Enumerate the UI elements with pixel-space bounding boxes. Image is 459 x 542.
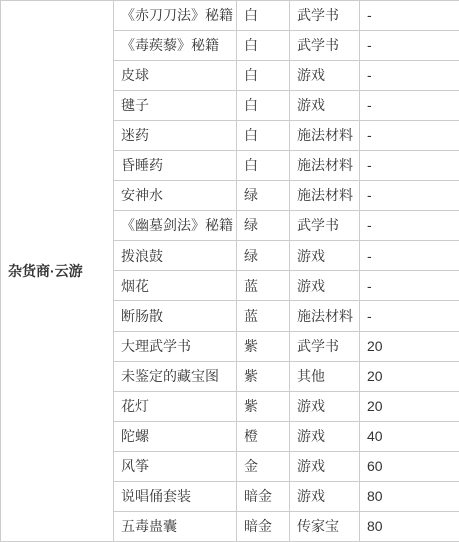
item-value-cell: - [360,121,459,151]
item-quality-cell: 紫 [237,331,290,361]
item-value-cell: 80 [360,481,459,511]
item-name-cell: 风筝 [114,451,237,481]
item-category-cell: 游戏 [290,481,360,511]
item-value-cell: - [360,1,459,31]
item-value-cell: 20 [360,361,459,391]
item-value-cell: - [360,271,459,301]
item-category-cell: 武学书 [290,211,360,241]
merchant-name-cell: 杂货商·云游 [1,1,114,542]
item-name-cell: 烟花 [114,271,237,301]
item-quality-cell: 金 [237,451,290,481]
item-quality-cell: 蓝 [237,271,290,301]
item-quality-cell: 橙 [237,421,290,451]
item-quality-cell: 蓝 [237,301,290,331]
item-name-cell: 拨浪鼓 [114,241,237,271]
item-value-cell: 20 [360,331,459,361]
item-quality-cell: 紫 [237,361,290,391]
item-category-cell: 武学书 [290,331,360,361]
item-quality-cell: 白 [237,121,290,151]
item-category-cell: 武学书 [290,31,360,61]
item-category-cell: 施法材料 [290,181,360,211]
item-name-cell: 《幽墓剑法》秘籍 [114,211,237,241]
item-quality-cell: 绿 [237,181,290,211]
item-quality-cell: 暗金 [237,511,290,541]
item-value-cell: - [360,211,459,241]
item-name-cell: 断肠散 [114,301,237,331]
item-quality-cell: 绿 [237,241,290,271]
item-quality-cell: 白 [237,151,290,181]
item-name-cell: 大理武学书 [114,331,237,361]
item-category-cell: 施法材料 [290,301,360,331]
merchant-item-table: 杂货商·云游 《赤刀刀法》秘籍 白 武学书 - 《毒蒺藜》秘籍 白 武学书 - … [0,0,459,542]
item-quality-cell: 白 [237,61,290,91]
item-name-cell: 安神水 [114,181,237,211]
item-category-cell: 游戏 [290,241,360,271]
item-quality-cell: 紫 [237,391,290,421]
item-value-cell: - [360,301,459,331]
item-category-cell: 传家宝 [290,511,360,541]
item-category-cell: 施法材料 [290,151,360,181]
item-category-cell: 游戏 [290,91,360,121]
item-category-cell: 游戏 [290,451,360,481]
item-value-cell: - [360,91,459,121]
item-category-cell: 其他 [290,361,360,391]
item-value-cell: - [360,31,459,61]
item-category-cell: 游戏 [290,421,360,451]
item-name-cell: 五毒蛊囊 [114,511,237,541]
item-name-cell: 昏睡药 [114,151,237,181]
item-name-cell: 未鉴定的藏宝图 [114,361,237,391]
item-name-cell: 毽子 [114,91,237,121]
item-category-cell: 游戏 [290,61,360,91]
item-value-cell: 40 [360,421,459,451]
item-value-cell: 20 [360,391,459,421]
item-name-cell: 皮球 [114,61,237,91]
item-value-cell: 80 [360,511,459,541]
item-quality-cell: 白 [237,31,290,61]
item-quality-cell: 暗金 [237,481,290,511]
item-category-cell: 武学书 [290,1,360,31]
item-category-cell: 施法材料 [290,121,360,151]
item-category-cell: 游戏 [290,391,360,421]
item-name-cell: 《毒蒺藜》秘籍 [114,31,237,61]
item-value-cell: - [360,61,459,91]
item-value-cell: - [360,181,459,211]
item-name-cell: 说唱俑套装 [114,481,237,511]
item-name-cell: 迷药 [114,121,237,151]
item-name-cell: 陀螺 [114,421,237,451]
page: 杂货商·云游 《赤刀刀法》秘籍 白 武学书 - 《毒蒺藜》秘籍 白 武学书 - … [0,0,459,542]
table-body: 杂货商·云游 《赤刀刀法》秘籍 白 武学书 - 《毒蒺藜》秘籍 白 武学书 - … [1,1,459,542]
item-value-cell: 60 [360,451,459,481]
item-value-cell: - [360,241,459,271]
item-quality-cell: 白 [237,1,290,31]
item-name-cell: 花灯 [114,391,237,421]
item-value-cell: - [360,151,459,181]
item-category-cell: 游戏 [290,271,360,301]
item-name-cell: 《赤刀刀法》秘籍 [114,1,237,31]
item-quality-cell: 绿 [237,211,290,241]
table-row: 杂货商·云游 《赤刀刀法》秘籍 白 武学书 - [1,1,459,31]
item-quality-cell: 白 [237,91,290,121]
